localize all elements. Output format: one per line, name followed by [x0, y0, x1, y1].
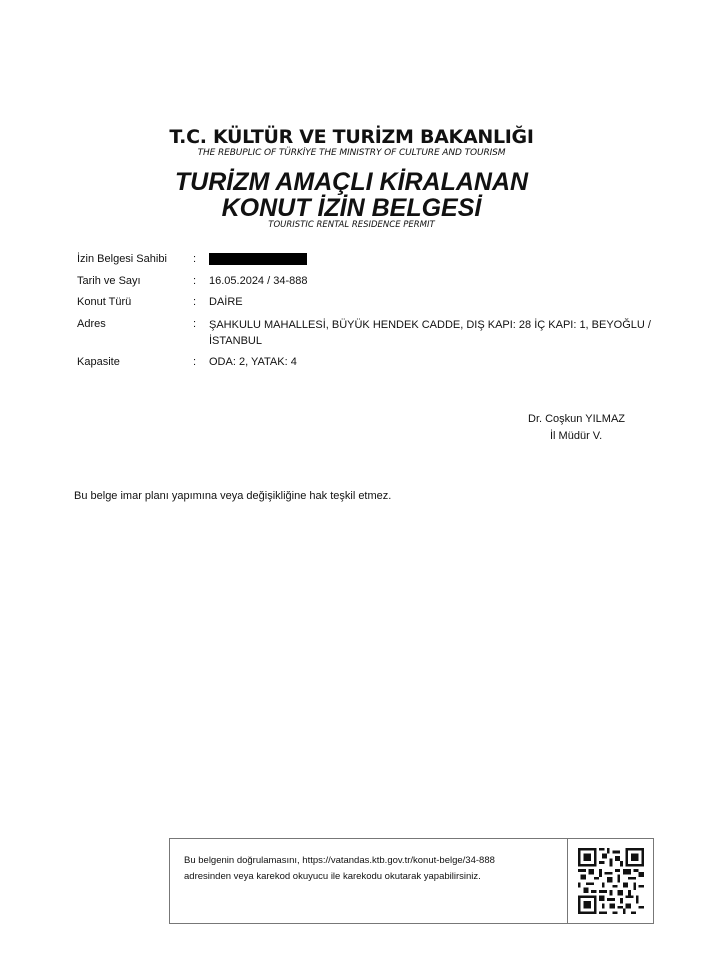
verification-text: Bu belgenin doğrulamasını, https://vatan…: [184, 853, 554, 885]
field-value-redacted: [209, 252, 669, 267]
field-separator: :: [193, 274, 196, 289]
field-label: Konut Türü: [77, 295, 187, 310]
ministry-name: T.C. KÜLTÜR VE TURİZM BAKANLIĞI: [0, 126, 703, 148]
field-label: İzin Belgesi Sahibi: [77, 252, 187, 267]
verification-box: Bu belgenin doğrulamasını, https://vatan…: [169, 838, 654, 924]
document-title-line1: TURİZM AMAÇLI KİRALANAN: [0, 168, 703, 196]
field-value: 16.05.2024 / 34-888: [209, 274, 669, 289]
field-separator: :: [193, 252, 196, 267]
field-value: ŞAHKULU MAHALLESİ, BÜYÜK HENDEK CADDE, D…: [209, 317, 669, 349]
field-separator: :: [193, 295, 196, 310]
ministry-name-en: THE REBUPLIC OF TÜRKİYE THE MINISTRY OF …: [0, 148, 703, 158]
document-title-en: TOURISTIC RENTAL RESIDENCE PERMIT: [0, 220, 703, 230]
divider: [567, 839, 568, 923]
signatory-name: Dr. Coşkun YILMAZ: [528, 412, 625, 427]
field-value: ODA: 2, YATAK: 4: [209, 355, 669, 370]
document-title-line2: KONUT İZİN BELGESİ: [0, 194, 703, 222]
verification-line2: adresinden veya karekod okuyucu ile kare…: [184, 869, 554, 885]
legal-notice: Bu belge imar planı yapımına veya değişi…: [74, 489, 391, 504]
field-separator: :: [193, 355, 196, 370]
qr-code-icon: [578, 848, 644, 914]
signatory-title: İl Müdür V.: [550, 429, 602, 444]
verification-line1: Bu belgenin doğrulamasını, https://vatan…: [184, 853, 554, 869]
field-value: DAİRE: [209, 295, 669, 310]
field-label: Adres: [77, 317, 187, 332]
field-separator: :: [193, 317, 196, 332]
field-label: Kapasite: [77, 355, 187, 370]
redaction-bar: [209, 253, 307, 265]
field-label: Tarih ve Sayı: [77, 274, 187, 289]
